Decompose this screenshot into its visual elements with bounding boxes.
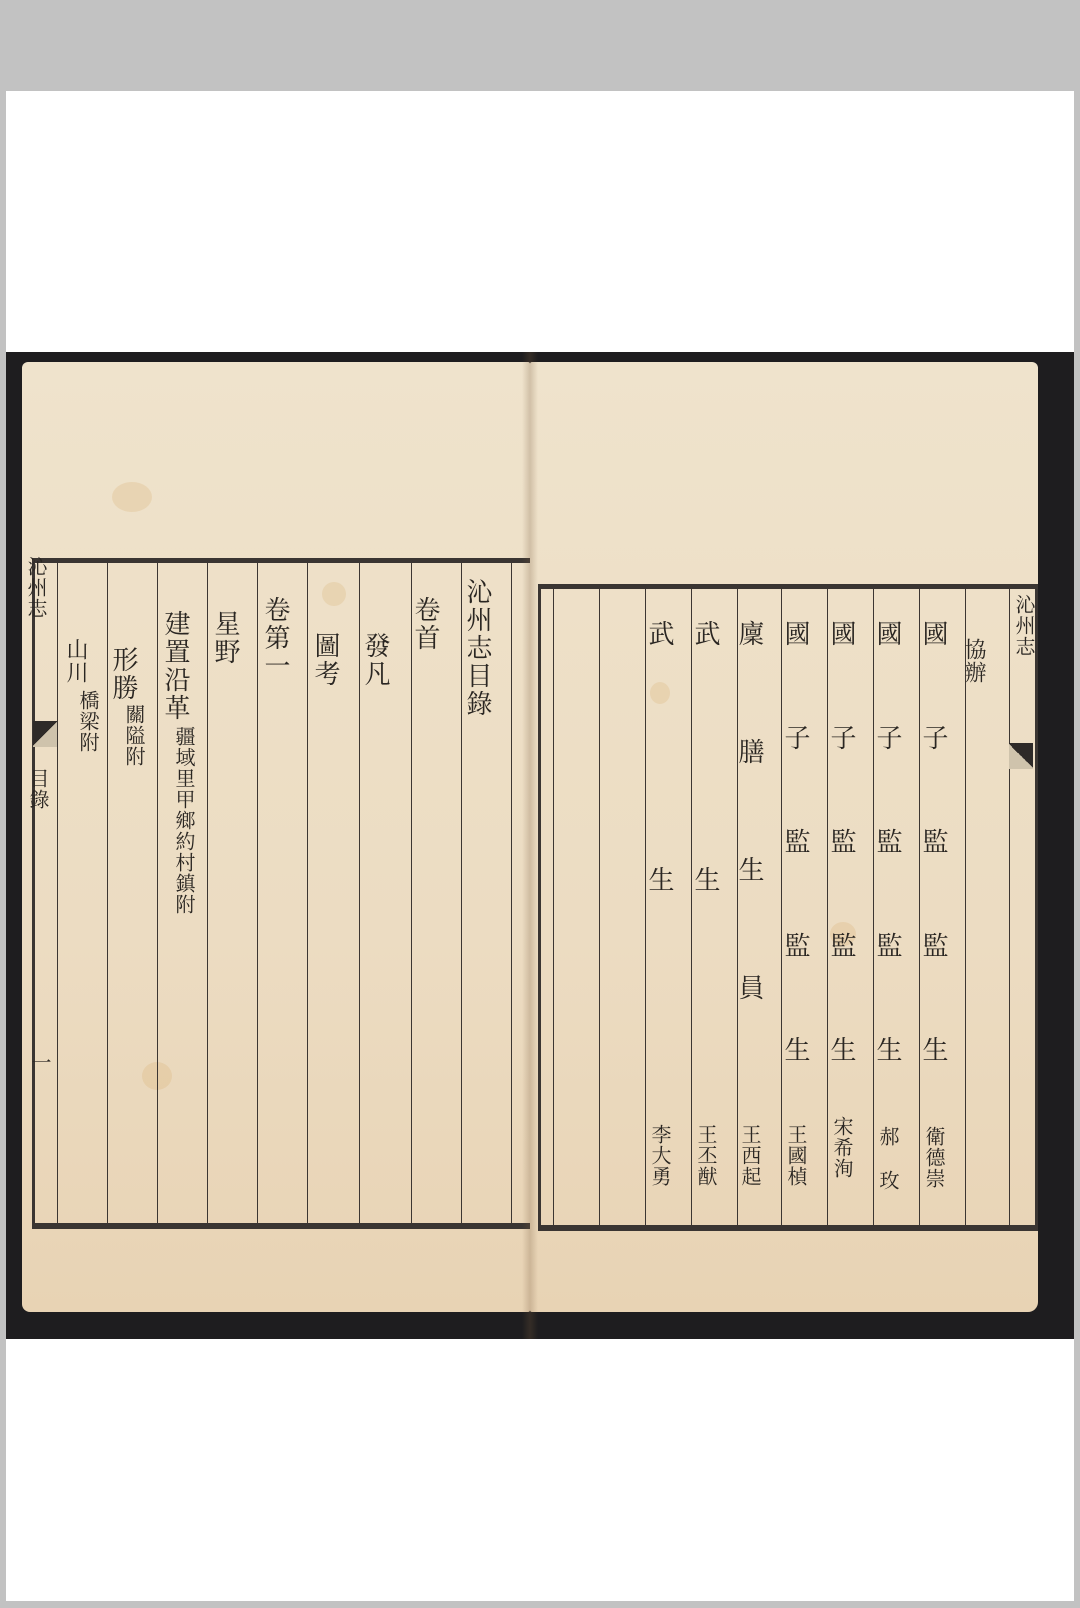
fishtail-mark-icon — [1009, 743, 1033, 769]
staff-name: 王丕猷 — [696, 1124, 716, 1187]
toc-entry: 建置沿革 — [162, 610, 188, 722]
staff-title: 武生 — [692, 620, 718, 1112]
staff-title: 國子監監生 — [874, 620, 900, 1140]
staff-name: 郝玫 — [878, 1126, 898, 1214]
staff-title: 國子監監生 — [920, 620, 946, 1140]
left-page: 沁州志 目錄 一 沁州志目錄 卷首 發凡 圖考 卷第一 星野 建置沿革 疆域里甲… — [22, 362, 530, 1312]
staff-name: 王國楨 — [786, 1124, 806, 1187]
book-gutter — [522, 352, 538, 1339]
staff-name: 宋希洵 — [832, 1116, 852, 1179]
staff-title: 國子監監生 — [782, 620, 808, 1140]
book-scan-photo: 沁州志 目錄 一 沁州志目錄 卷首 發凡 圖考 卷第一 星野 建置沿革 疆域里甲… — [6, 352, 1074, 1339]
staff-role: 協辦 — [962, 638, 984, 684]
staff-title: 武生 — [646, 620, 672, 1112]
fishtail-mark-icon — [33, 721, 57, 747]
toc-entry-note: 橋梁附 — [78, 690, 98, 753]
staff-name: 王西起 — [740, 1124, 760, 1187]
left-margin-section: 目錄 — [28, 768, 48, 810]
right-margin-title: 沁州志 — [1014, 594, 1034, 657]
toc-entry: 星野 — [212, 610, 238, 666]
staff-title: 國子監監生 — [828, 620, 854, 1140]
toc-entry: 形勝 — [110, 646, 136, 702]
toc-entry: 圖考 — [312, 632, 338, 688]
toc-entry: 發凡 — [362, 632, 388, 688]
toc-entry-note: 關隘附 — [124, 704, 144, 767]
toc-entry: 卷第一 — [262, 596, 288, 680]
staff-name: 李大勇 — [650, 1124, 670, 1187]
toc-entry-note: 疆域里甲鄉約村鎮附 — [174, 726, 194, 915]
right-page: 沁州志 協辦 國子監監生 衛德崇 國子監監生 郝玫 國子監監生 宋希洵 國子監監… — [530, 362, 1038, 1312]
toc-entry: 卷首 — [412, 596, 438, 652]
staff-title: 廩膳生員 — [736, 620, 762, 1092]
left-margin-page-number: 一 — [30, 1052, 50, 1073]
toc-entry: 山川 — [64, 638, 86, 684]
staff-name: 衛德崇 — [924, 1126, 944, 1189]
left-margin-title: 沁州志 — [26, 556, 46, 619]
toc-heading: 沁州志目錄 — [464, 578, 490, 718]
